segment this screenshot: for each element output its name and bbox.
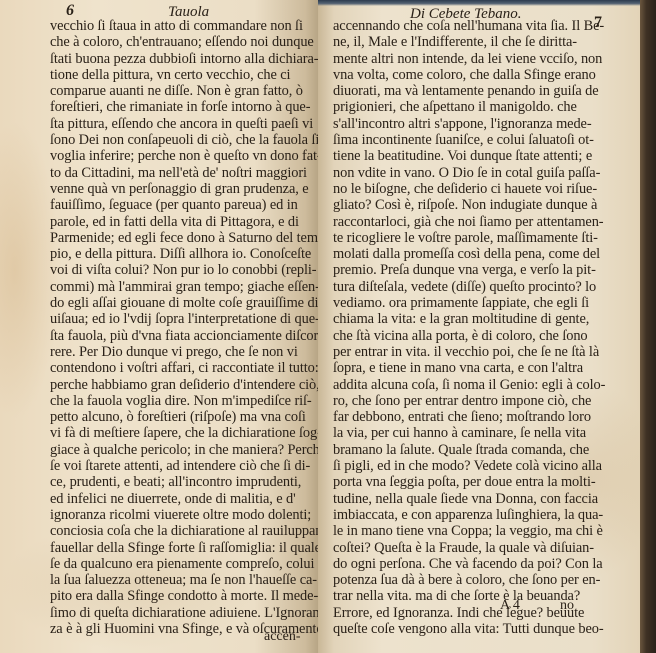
text-line: fauellar della Sfinge forte ſi raſſomigl… [50, 540, 318, 556]
text-line: addita alcuna coſa, ſi noma il Genio: eg… [333, 377, 625, 393]
text-line: porta vna ſeggia poſta, per doue entra l… [333, 474, 625, 490]
catchword: no [560, 598, 574, 614]
text-line: accennando che coſa nell'humana vita ſia… [333, 18, 625, 34]
text-line: contendono i voſtri affari, ci raccontia… [50, 360, 318, 376]
text-line: parole, ed in fatti della vita di Pittag… [50, 214, 318, 230]
text-line: ſta fauola, più d'vna fiata accionciamen… [50, 328, 318, 344]
text-line: diuorati, ma và lentamente penando in gu… [333, 83, 625, 99]
text-line: ſono Dei non conſapeuoli di ciò, che la … [50, 132, 318, 148]
left-page: 6 Tauola vecchio ſi ſtaua in atto di com… [0, 0, 318, 653]
text-line: rere. Per Dio dunque vi prego, che ſe no… [50, 344, 318, 360]
text-line: comparue auanti ne diſſe. Non è gran fat… [50, 83, 318, 99]
text-line: la ſua ſaluezza otteneua; ma ſe non l'ha… [50, 572, 318, 588]
text-line: commi) mà l'ammirai gran tempo; giache e… [50, 279, 318, 295]
text-line: Errore, ed Ignoranza. Indi che ſegue? be… [333, 605, 625, 621]
text-line: conciosia coſa che la dichiaratione al r… [50, 523, 318, 539]
text-line: la via, per cui hanno à caminare, ſe nel… [333, 425, 625, 441]
text-line: ſi pigli, ed in che modo? Vedete colà vi… [333, 458, 625, 474]
text-line: giace à qualche pericolo; in che maniera… [50, 442, 318, 458]
text-line: molati dalla promeſſa così della pena, c… [333, 246, 625, 262]
text-line: to da Cittadini, ma nell'età de' noſtri … [50, 165, 318, 181]
text-line: voglia inferire; perche non è queſto vn … [50, 148, 318, 164]
signature-mark: A 4 [500, 598, 520, 614]
text-line: raccontarloci, già che noi ſiamo per att… [333, 214, 625, 230]
text-line: ſtati buona pezza dubbioſi intorno alla … [50, 51, 318, 67]
text-line: no le biſogne, che deſiderio ci hauete v… [333, 181, 625, 197]
text-line: premio. Preſa dunque vna verga, e verſo … [333, 262, 625, 278]
text-line: imbiaccata, e con apparenza luſinghiera,… [333, 507, 625, 523]
catchword: accen- [264, 629, 301, 645]
text-line: fauiſſimo, ſeguace (per quanto pareua) e… [50, 197, 318, 213]
text-line: vediamo. ora primamente ſappiate, che eg… [333, 295, 625, 311]
book-spread: 6 Tauola vecchio ſi ſtaua in atto di com… [0, 0, 656, 653]
text-line: ſima incontinente ſuaniſce, e colui ſalu… [333, 132, 625, 148]
right-page-text: accennando che coſa nell'humana vita ſia… [333, 18, 625, 637]
text-line: potenza ſua dà à bere à coloro, che ſono… [333, 572, 625, 588]
text-line: non vdite in vano. O Dio ſe in cotal gui… [333, 165, 625, 181]
text-line: perche habbiamo gran deſiderio d'intende… [50, 377, 318, 393]
text-line: tudine, nella quale ſiede vna Donna, con… [333, 491, 625, 507]
text-line: ſe da qualcuno era pienamente compreſo, … [50, 556, 318, 572]
text-line: che la fauola voglia dire. Non m'impediſ… [50, 393, 318, 409]
right-page: Di Cebete Tebano. 7 accennando che coſa … [318, 0, 640, 653]
text-line: ne, il, Male e l'Indifferente, il che ſe… [333, 34, 625, 50]
text-line: te ricogliere le voſtre parole, maſſimam… [333, 230, 625, 246]
text-line: ſe voi ſtarete attenti, ad intendere ciò… [50, 458, 318, 474]
text-line: ed infelici ne diuerrete, onde di maliti… [50, 491, 318, 507]
text-line: coſtei? Queſta è la Fraude, la quale và … [333, 540, 625, 556]
text-line: ignoranza ricolmi viuerete oltre modo do… [50, 507, 318, 523]
text-line: uiſaua; ed io l'vdij ſopra l'interpretat… [50, 311, 318, 327]
text-line: tura diſteſala, vedete (diſſe) queſto pr… [333, 279, 625, 295]
text-line: che à coloro, ch'entrauano; eſſendo noi … [50, 34, 318, 50]
text-line: petto alcuno, ò foreſtieri (riſpoſe) ma … [50, 409, 318, 425]
text-line: tione della pittura, vn certo vecchio, c… [50, 67, 318, 83]
text-line: le in mano tiene vna Coppa; la veggio, m… [333, 523, 625, 539]
text-line: far debbono, entrati che ſieno; moſtrand… [333, 409, 625, 425]
text-line: ro, che ſono per entrar dentro impone ci… [333, 393, 625, 409]
book-cover-edge [640, 0, 656, 653]
text-line: mente altri non intende, da lei viene vc… [333, 51, 625, 67]
text-line: pito era dalla Sfinge condotto à morte. … [50, 588, 318, 604]
text-line: do egli aſſai giouane di molte coſe grau… [50, 295, 318, 311]
text-line: ce, prudenti, e beati; all'incontro impr… [50, 474, 318, 490]
text-line: queſte coſe vengono alla vita: Tutti dun… [333, 621, 625, 637]
text-line: venne quà vn perſonaggio di gran prudenz… [50, 181, 318, 197]
text-line: trar nella vita. ma di che ſorte è la be… [333, 588, 625, 604]
text-line: che ſtà vicina alla porta, è di coloro, … [333, 328, 625, 344]
text-line: s'all'incontro altri s'appone, l'ignoran… [333, 116, 625, 132]
text-line: gliato? Così è, riſpoſe. Non indugiate d… [333, 197, 625, 213]
text-line: vna volta, come coloro, che dalla Sfinge… [333, 67, 625, 83]
text-line: vecchio ſi ſtaua in atto di commandare n… [50, 18, 318, 34]
left-page-text: vecchio ſi ſtaua in atto di commandare n… [50, 18, 318, 637]
text-line: do ogni perſona. Che và facendo da poi? … [333, 556, 625, 572]
text-line: prigionieri, che aſpettano il manigoldo.… [333, 99, 625, 115]
text-line: vi fà di meſtiere ſapere, che la dichiar… [50, 425, 318, 441]
text-line: ſopra, e tiene in mano vna carta, e con … [333, 360, 625, 376]
text-line: tiene la beatitudine. Voi dunque ſtate a… [333, 148, 625, 164]
text-line: pio, e della pittura. Diſſi allhora io. … [50, 246, 318, 262]
text-line: per entrar in vita. il vecchio poi, che … [333, 344, 625, 360]
text-line: ſta pittura, eſſendo che ancora in queſt… [50, 116, 318, 132]
text-line: chiama la vita: e la gran moltitudine di… [333, 311, 625, 327]
text-line: voi di viſta colui? Non pur io lo conobb… [50, 262, 318, 278]
text-line: Parmenide; ed egli fece dono à Saturno d… [50, 230, 318, 246]
text-line: ſimo di queſta dichiaratione adiuiene. L… [50, 605, 318, 621]
text-line: foreſtieri, che rimaniate in forſe intor… [50, 99, 318, 115]
background-edge [318, 0, 656, 6]
text-line: bramano la ſalute. Quale ſtrada comanda,… [333, 442, 625, 458]
